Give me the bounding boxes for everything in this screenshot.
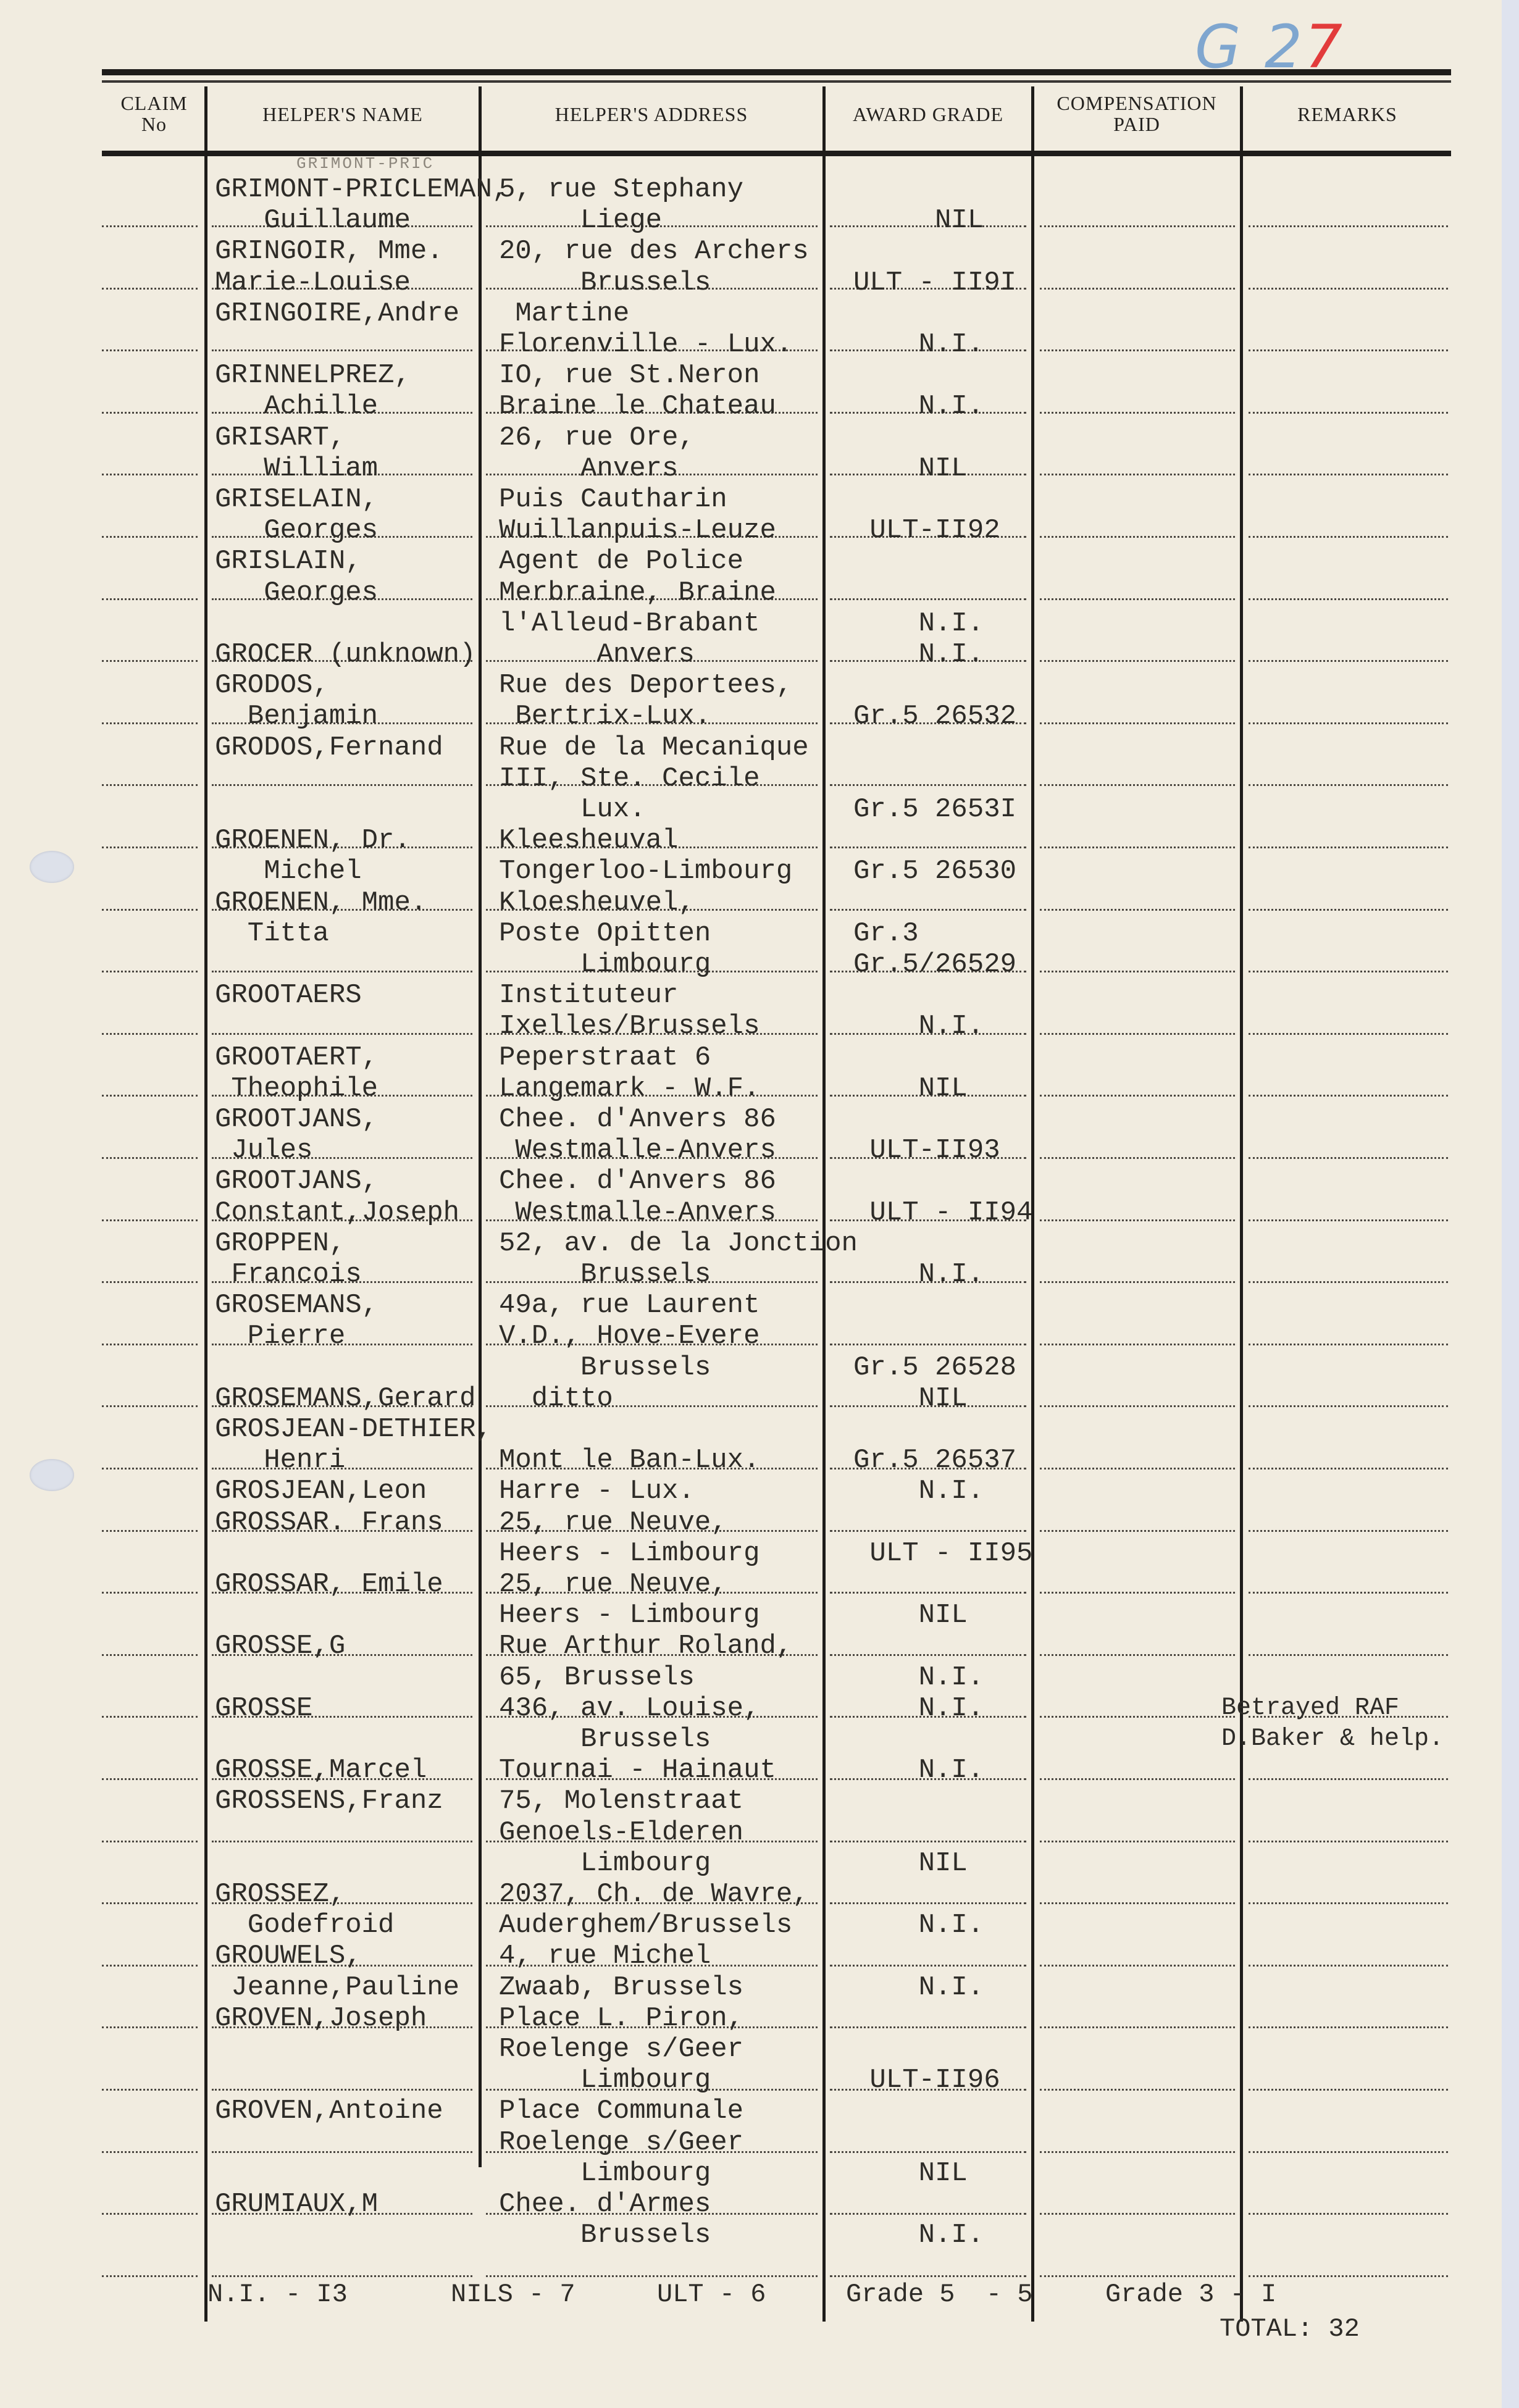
dotted-row-line [1249,1344,1448,1345]
entry-award-line: ULT-II93 [853,1135,1000,1166]
dotted-row-line [1249,349,1448,351]
header-text: COMPENSATION [1035,93,1239,114]
dotted-row-line [1249,1281,1448,1283]
header-text: REMARKS [1244,104,1451,125]
header-text: AWARD GRADE [826,104,1030,125]
dotted-row-line [1249,225,1448,227]
entry-award-line: N.I. [853,1476,984,1507]
entry-address-line: Ixelles/Brussels [499,1011,759,1042]
dotted-row-line [212,971,472,972]
entry-address-line: Anvers [499,639,695,670]
summary-grade5: Grade 5 - 5 [846,2280,1032,2309]
dotted-row-line [102,225,198,227]
summary-grade3: Grade 3 - I [1105,2280,1276,2309]
entry-name-line: GRISART, [215,422,345,453]
entry-name-line: GRODOS,Fernand [215,732,443,763]
entry-address-line: 436, av. Louise, [499,1693,759,1724]
dotted-row-line [830,2151,1026,2153]
entry-address-line: Limbourg [499,2158,711,2189]
dotted-row-line [1040,1592,1235,1594]
dotted-row-line [102,1095,198,1097]
dotted-row-line [102,1405,198,1407]
entry-name-line: GROSJEAN-DETHIER, [215,1414,492,1445]
dotted-row-line [830,2026,1026,2028]
dotted-row-line [1040,349,1235,351]
summary-nils: NILS - 7 [451,2280,575,2309]
column-divider [204,86,207,2322]
dotted-row-line [102,1965,198,1967]
entry-award-line: ULT - II95 [853,1538,1032,1569]
entry-address-line: Harre - Lux. [499,1476,695,1507]
entry-address-line: Braine le Chateau [499,391,776,422]
dotted-row-line [212,784,472,786]
dotted-row-line [1040,722,1235,724]
dotted-row-line [102,1716,198,1718]
dotted-row-line [1040,474,1235,475]
dotted-row-line [102,1219,198,1221]
entry-address-line: Limbourg [499,1848,711,1879]
entry-name-line: Theophile [215,1073,378,1104]
entry-award-line: Gr.3 [853,918,919,949]
entry-address-line: Anvers [499,453,678,484]
entry-name-line: Constant,Joseph [215,1197,459,1228]
dotted-row-line [486,2275,818,2277]
entry-remarks-line: Betrayed RAF [1221,1693,1399,1724]
dotted-row-line [1040,2275,1235,2277]
dotted-row-line [1249,722,1448,724]
entry-name-line: Guillaume [215,205,411,236]
entry-address-line: 65, Brussels [499,1662,695,1693]
dotted-row-line [1249,909,1448,911]
dotted-row-line [1040,598,1235,600]
entry-name-line: GRIMONT-PRICLEMAN, [215,174,508,205]
dotted-row-line [1249,784,1448,786]
entry-award-line: NIL [853,1600,968,1631]
dotted-row-line [1040,1219,1235,1221]
dotted-row-line [102,1468,198,1469]
dotted-row-line [1040,1157,1235,1159]
dotted-row-line [1249,474,1448,475]
entry-address-line: IO, rue St.Neron [499,360,759,391]
entry-address-line: Brussels [499,1259,711,1290]
column-header-remarks: REMARKS [1244,104,1451,125]
entry-address-line: 25, rue Neuve, [499,1569,727,1600]
dotted-row-line [102,536,198,538]
entry-name-line: Benjamin [215,701,378,732]
dotted-row-line [102,1344,198,1345]
entry-award-line: NIL [853,453,968,484]
dotted-row-line [1249,2213,1448,2215]
dotted-row-line [102,784,198,786]
entry-address-line: Instituteur [499,980,678,1011]
entry-name-line: GROOTAERS [215,980,362,1011]
scan-edge [1502,0,1519,2408]
dotted-row-line [1249,1157,1448,1159]
header-text: HELPER'S NAME [207,104,479,125]
dotted-row-line [1249,1405,1448,1407]
entry-name-line: GROENEN, Dr. [215,825,411,856]
dotted-row-line [102,1033,198,1035]
dotted-row-line [1040,847,1235,848]
dotted-row-line [102,847,198,848]
entry-address-line: Tournai - Hainaut [499,1755,776,1786]
dotted-row-line [1249,1530,1448,1532]
dotted-row-line [102,1841,198,1842]
dotted-row-line [1040,784,1235,786]
dotted-row-line [102,660,198,662]
summary-ni: N.I. - I3 [207,2280,348,2309]
summary-total: TOTAL: 32 [1220,2314,1360,2344]
entry-address-line: Langemark - W.F. [499,1073,759,1104]
dotted-row-line [102,1654,198,1656]
dotted-row-line [1249,1778,1448,1780]
dotted-row-line [102,1778,198,1780]
entry-award-line: N.I. [853,1011,984,1042]
dotted-row-line [830,2275,1026,2277]
dotted-row-line [102,1281,198,1283]
dotted-row-line [1249,1841,1448,1842]
dotted-row-line [102,1530,198,1532]
entry-award-line: NIL [853,2158,968,2189]
dotted-row-line [1249,1219,1448,1221]
entry-address-line: Puis Cautharin [499,484,727,515]
entry-name-line: GROVEN,Antoine [215,2096,443,2126]
entry-award-line: N.I. [853,1662,984,1693]
entry-award-line: N.I. [853,1755,984,1786]
entry-award-line: Gr.5 2653I [853,794,1016,825]
dotted-row-line [1249,1033,1448,1035]
entry-name-line: GROSJEAN,Leon [215,1476,427,1507]
entry-award-line: N.I. [853,2220,984,2251]
dotted-row-line [1040,2213,1235,2215]
entry-name-line: GROSSAR, Emile [215,1569,443,1600]
dotted-row-line [1040,2151,1235,2153]
entry-award-line: N.I. [853,1910,984,1941]
dotted-row-line [830,847,1026,848]
entry-address-line: Chee. d'Anvers 86 [499,1166,776,1197]
header-inner-rule [102,80,1451,83]
dotted-row-line [1249,660,1448,662]
dotted-row-line [1249,1965,1448,1967]
entry-name-line: Titta [215,918,329,949]
entry-name-line: GRINGOIRE,Andre [215,298,459,329]
entry-award-line: N.I. [853,1972,984,2003]
dotted-row-line [1040,1468,1235,1469]
dotted-row-line [1249,1592,1448,1594]
entry-address-line: Kleesheuval [499,825,678,856]
column-header-helper-name: HELPER'S NAME [207,104,479,125]
dotted-row-line [1040,1716,1235,1718]
entry-award-line: Gr.5/26529 [853,949,1016,980]
entry-name-line: GROCER (unknown) [215,639,475,670]
entry-address-line: Chee. d'Armes [499,2189,711,2220]
entry-name-line: Pierre [215,1321,345,1352]
dotted-row-line [102,909,198,911]
entry-address-line: Bertrix-Lux. [499,701,711,732]
entry-award-line: ULT - II9I [853,267,1016,298]
entry-award-line: ULT-II92 [853,515,1000,546]
entry-name-line: GROENEN, Mme. [215,887,427,918]
entry-award-line: NIL [853,1073,968,1104]
entry-name-line: GRUMIAUX,M [215,2189,378,2220]
entry-award-line: Gr.5 26528 [853,1352,1016,1383]
entry-address-line: l'Alleud-Brabant [499,608,759,639]
entry-award-line: N.I. [853,329,984,360]
dotted-row-line [1040,1841,1235,1842]
entry-address-line: 2037, Ch. de Wavre, [499,1879,809,1910]
entry-address-line: ditto [499,1383,613,1414]
entry-address-line: 52, av. de la Jonction [499,1228,858,1259]
dotted-row-line [830,1841,1026,1842]
entry-address-line: Rue de la Mecanique [499,732,809,763]
entry-address-line: Place L. Piron, [499,2003,743,2034]
entry-address-line: Place Communale [499,2096,743,2126]
entry-address-line: Roelenge s/Geer [499,2034,743,2065]
entry-name-line: GROSSENS,Franz [215,1786,443,1816]
entry-address-line: Agent de Police [499,546,743,577]
entry-award-line: ULT - II94 [853,1197,1032,1228]
entry-award-line: NIL [853,1848,968,1879]
entry-name-line: GROSSAR. Frans [215,1507,443,1538]
entry-address-line: Genoels-Elderen [499,1817,743,1848]
dotted-row-line [102,349,198,351]
entry-address-line: 75, Molenstraat [499,1786,743,1816]
entry-name-line: GROSSE [215,1693,312,1724]
entry-address-line: 4, rue Michel [499,1941,711,1971]
dotted-row-line [212,1033,472,1035]
column-header-compensation-paid: COMPENSATION PAID [1035,93,1239,135]
dotted-row-line [1040,2089,1235,2091]
entry-address-line: Florenville - Lux. [499,329,792,360]
dotted-row-line [1040,1281,1235,1283]
entry-address-line: 49a, rue Laurent [499,1290,759,1321]
dotted-row-line [1040,1530,1235,1532]
entry-name-line: Georges [215,515,378,546]
entry-name-line: GRINGOIR, Mme. [215,236,443,267]
dotted-row-line [102,2151,198,2153]
dotted-row-line [830,1344,1026,1345]
dotted-row-line [102,2089,198,2091]
entry-address-line: Roelenge s/Geer [499,2127,743,2158]
entry-name-line: Achille [215,391,378,422]
dotted-row-line [1040,1344,1235,1345]
dotted-row-line [1040,1778,1235,1780]
dotted-row-line [1040,225,1235,227]
entry-name-line: Jeanne,Pauline [215,1972,459,2003]
dotted-row-line [102,474,198,475]
entry-award-line: N.I. [853,1259,984,1290]
entry-name-line: GRISLAIN, [215,546,362,577]
entry-address-line: Peperstraat 6 [499,1042,711,1073]
dotted-row-line [1249,2275,1448,2277]
header-top-rule [102,69,1451,75]
entry-name-line: GROSEMANS,Gerard [215,1383,475,1414]
dotted-row-line [1040,412,1235,414]
entry-name-line: GROSSE,Marcel [215,1755,427,1786]
entry-address-line: Merbraine, Braine [499,577,776,608]
dotted-row-line [1040,660,1235,662]
dotted-row-line [1040,288,1235,290]
column-header-claim-no: CLAIM No [106,93,202,135]
entry-award-line: N.I. [853,391,984,422]
entry-name-line: William [215,453,378,484]
dotted-row-line [1249,2151,1448,2153]
entry-address-line: Chee. d'Anvers 86 [499,1104,776,1135]
entry-address-line: 25, rue Neuve, [499,1507,727,1538]
dotted-row-line [1249,847,1448,848]
entry-name-line: GROOTJANS, [215,1104,378,1135]
column-divider [822,86,826,2322]
dotted-row-line [102,2275,198,2277]
entry-name-line: GROSSEZ, [215,1879,345,1910]
dotted-row-line [1040,536,1235,538]
entry-address-line: V.D., Hove-Evere [499,1321,759,1352]
entry-address-line: Westmalle-Anvers [499,1135,776,1166]
entry-address-line: Martine [499,298,629,329]
summary-ult: ULT - 6 [657,2280,766,2309]
entry-name-line: GROPPEN, [215,1228,345,1259]
dotted-row-line [212,2275,472,2277]
entry-name-line: Godefroid [215,1910,394,1941]
dotted-row-line [830,2213,1026,2215]
header-text: No [106,114,202,135]
dotted-row-line [1249,2026,1448,2028]
dotted-row-line [1249,1468,1448,1469]
entry-address-line: Kloesheuvel, [499,887,695,918]
entry-address-line: Tongerloo-Limbourg [499,856,792,887]
entry-name-line: GRISELAIN, [215,484,378,515]
entry-address-line: Limbourg [499,2065,711,2096]
dotted-row-line [102,598,198,600]
entry-name-line: GROVEN,Joseph [215,2003,427,2034]
entry-address-line: Rue Arthur Roland, [499,1631,792,1662]
dotted-row-line [830,1654,1026,1656]
dotted-row-line [1040,1965,1235,1967]
column-divider [479,86,482,2167]
entry-name-line: Jules [215,1135,312,1166]
dotted-row-line [1040,1654,1235,1656]
dotted-row-line [1249,1902,1448,1904]
entry-name-line: Henri [215,1445,345,1476]
dotted-row-line [830,1592,1026,1594]
entry-address-line: Brussels [499,2220,711,2251]
entry-address-line: Heers - Limbourg [499,1600,759,1631]
dotted-row-line [1249,1095,1448,1097]
entry-address-line: Auderghem/Brussels [499,1910,792,1941]
entry-name-line: Georges [215,577,378,608]
dotted-row-line [102,1157,198,1159]
column-divider [1240,86,1243,2322]
dotted-row-line [830,1530,1026,1532]
entry-award-line: Gr.5 26532 [853,701,1016,732]
entry-name-line: Marie-Louise [215,267,411,298]
entry-address-line: Lux. [499,794,646,825]
entry-address-line: Liege [499,205,662,236]
entry-award-line: NIL [853,205,984,236]
entry-award-line: N.I. [853,608,984,639]
entry-name-line: Francois [215,1259,362,1290]
entry-address-line: Brussels [499,267,711,298]
entry-award-line: NIL [853,1383,968,1414]
entry-remarks-line: D.Baker & help. [1221,1724,1444,1755]
header-text: CLAIM [106,93,202,114]
dotted-row-line [830,1902,1026,1904]
dotted-row-line [1040,971,1235,972]
dotted-row-line [102,971,198,972]
punch-hole-top [30,851,74,883]
dotted-row-line [102,412,198,414]
dotted-row-line [102,2213,198,2215]
entry-address-line: Wuillanpuis-Leuze [499,515,776,546]
entry-address-line: Limbourg [499,949,711,980]
dotted-row-line [1040,1033,1235,1035]
dotted-row-line [1040,1095,1235,1097]
entry-name-line: GRINNELPREZ, [215,360,411,391]
entry-name-line: GROOTAERT, [215,1042,378,1073]
entry-name-line: GROSEMANS, [215,1290,378,1321]
dotted-row-line [102,2026,198,2028]
entry-address-line: 26, rue Ore, [499,422,695,453]
dotted-row-line [1249,412,1448,414]
entry-award-line: N.I. [853,1693,984,1724]
dotted-row-line [1249,1654,1448,1656]
entry-address-line: Brussels [499,1724,711,1755]
dotted-row-line [102,288,198,290]
entry-award-line: ULT-II96 [853,2065,1000,2096]
dotted-row-line [212,2151,472,2153]
entry-address-line: Brussels [499,1352,711,1383]
entry-name-line: GROUWELS, [215,1941,362,1971]
dotted-row-line [1249,288,1448,290]
entry-award-line: N.I. [853,639,984,670]
dotted-row-line [102,722,198,724]
dotted-row-line [1040,909,1235,911]
dotted-row-line [830,909,1026,911]
dotted-row-line [102,1902,198,1904]
entry-award-line: Gr.5 26530 [853,856,1016,887]
dotted-row-line [1040,2026,1235,2028]
entry-address-line: Zwaab, Brussels [499,1972,743,2003]
dotted-row-line [830,784,1026,786]
entry-name-line: Michel [215,856,362,887]
column-header-award-grade: AWARD GRADE [826,104,1030,125]
dotted-row-line [212,349,472,351]
header-text: PAID [1035,114,1239,135]
punch-hole-bottom [30,1459,74,1491]
dotted-row-line [1249,2089,1448,2091]
dotted-row-line [212,2089,472,2091]
header-text: HELPER'S ADDRESS [482,104,821,125]
entry-award-line: Gr.5 26537 [853,1445,1016,1476]
entry-address-line: Heers - Limbourg [499,1538,759,1569]
entry-address-line: 5, rue Stephany [499,174,743,205]
dotted-row-line [830,1965,1026,1967]
entry-address-line: 20, rue des Archers [499,236,809,267]
entry-name-line: GROOTJANS, [215,1166,378,1197]
dotted-row-line [102,1592,198,1594]
dotted-row-line [1249,536,1448,538]
entry-address-line: Poste Opitten [499,918,711,949]
entry-address-line: III, Ste. Cecile [499,763,759,794]
entry-address-line: Westmalle-Anvers [499,1197,776,1228]
dotted-row-line [830,598,1026,600]
entry-name-line: GRODOS, [215,670,329,701]
entry-address-line: Rue des Deportees, [499,670,792,701]
entry-name-line: GROSSE,G [215,1631,345,1662]
dotted-row-line [1249,598,1448,600]
dotted-row-line [1249,971,1448,972]
dotted-row-line [212,1841,472,1842]
